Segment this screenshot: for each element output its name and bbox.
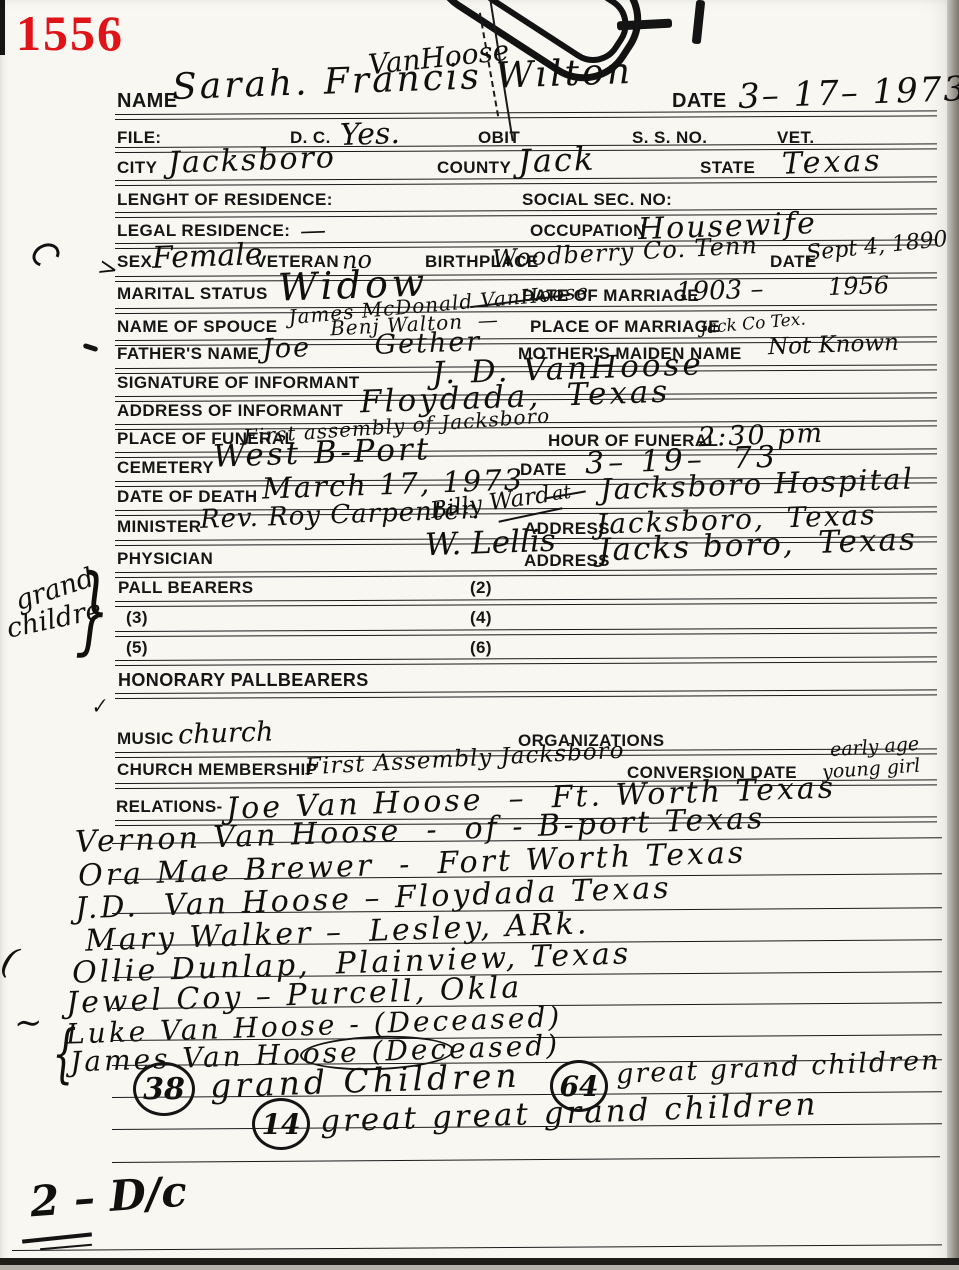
minister-label: MINISTER: [117, 517, 201, 537]
county-value: Jack: [517, 143, 595, 178]
great-grand-label: great grand children: [616, 1047, 941, 1088]
scanned-funeral-record-page: 1556 > ( VanHoose NAME Sarah. Francis Wi…: [0, 0, 959, 1270]
state-value: Texas: [782, 146, 884, 179]
pall-bearer-6: (6): [470, 638, 492, 658]
hole-punch-arc: [29, 239, 64, 271]
cemetery-label: CEMETERY: [117, 458, 214, 478]
conversion-date-value-2: young girl: [821, 757, 920, 783]
record-number-stamp: 1556: [16, 4, 124, 62]
county-label: COUNTY: [437, 158, 511, 178]
left-paren-mark: (: [0, 943, 21, 982]
rule-line: [115, 110, 937, 120]
marriage-date-value2: 1956: [828, 273, 890, 299]
margin-brace: }: [75, 561, 110, 659]
informant-signature-label: SIGNATURE OF INFORMANT: [117, 373, 360, 393]
scan-bottom-bar: [0, 1258, 959, 1265]
scan-bottom-shadow: [0, 1265, 959, 1270]
great-great-grand-count-circle: 14: [252, 1098, 310, 1150]
spouse-label: NAME OF SPOUCE: [117, 317, 278, 337]
rule-line: [115, 597, 937, 607]
church-membership-label: CHURCH MEMBERSHIP: [117, 760, 317, 780]
physician-address-label: ADDRESS: [524, 551, 610, 571]
honorary-pallbearers-label: HONORARY PALLBEARERS: [118, 670, 369, 691]
sex-label: SEX: [117, 252, 152, 272]
pall-bearer-5: (5): [126, 638, 148, 658]
father-dash-mark: [83, 343, 99, 352]
rule-line: [112, 1156, 940, 1163]
marital-status-label: MARITAL STATUS: [117, 284, 268, 304]
header-date-label: DATE: [672, 90, 727, 113]
pall-bearer-2: (2): [470, 578, 492, 598]
city-value: Jacksboro: [168, 143, 337, 179]
page-bottom-edge-line: [12, 1244, 942, 1251]
name-value: Sarah. Francis Wilton: [172, 54, 634, 106]
corner-mark: [0, 0, 5, 55]
pall-bearer-3: (3): [126, 608, 148, 628]
rule-line: [115, 656, 937, 666]
rule-line: [115, 627, 937, 637]
check-mark: ✓: [88, 695, 108, 718]
marriage-place-label: PLACE OF MARRIAGE: [530, 317, 720, 337]
music-value: church: [178, 718, 274, 748]
legal-residence-value: —: [300, 218, 327, 245]
pall-bearers-label: PALL BEARERS: [118, 578, 253, 598]
grand-children-count-circle: 38: [133, 1062, 195, 1116]
pall-bearer-4: (4): [470, 608, 492, 628]
footer-underline-1: [22, 1232, 92, 1243]
legal-residence-label: LEGAL RESIDENCE:: [117, 221, 290, 241]
ink-vertical-mark: [692, 0, 706, 44]
tilde-mark: ~: [13, 1006, 43, 1041]
rule-line: [115, 568, 937, 578]
social-sec-label: SOCIAL SEC. NO:: [522, 190, 672, 210]
state-label: STATE: [700, 158, 755, 178]
name-label: NAME: [117, 90, 178, 113]
ink-dash-mark: [617, 19, 672, 31]
informant-address-label: ADDRESS OF INFORMANT: [117, 401, 343, 421]
rule-line: [115, 272, 937, 282]
sex-value: Female: [152, 240, 264, 274]
father-name-label: FATHER'S NAME: [117, 344, 259, 364]
birthdate-value: Sept 4, 1890: [805, 229, 949, 266]
relations-label: RELATIONS-: [116, 797, 223, 817]
physician-address-value: Jacks boro, Texas: [598, 524, 918, 566]
mother-name-value: Not Known: [768, 332, 900, 360]
file-label: FILE:: [117, 128, 162, 148]
church-membership-value: First Assembly Jacksboro: [305, 740, 625, 780]
burial-date-label: DATE: [520, 460, 567, 480]
header-date-value: 3– 17– 1973: [737, 72, 959, 114]
length-of-residence-label: LENGHT OF RESIDENCE:: [117, 190, 333, 210]
marriage-date-value: 1903 –: [676, 276, 764, 305]
physician-label: PHYSICIAN: [117, 549, 213, 569]
music-label: MUSIC: [117, 729, 174, 749]
scan-right-edge: [947, 0, 959, 1270]
footer-code: 2 – D/c: [29, 1171, 188, 1224]
city-label: CITY: [117, 158, 157, 178]
